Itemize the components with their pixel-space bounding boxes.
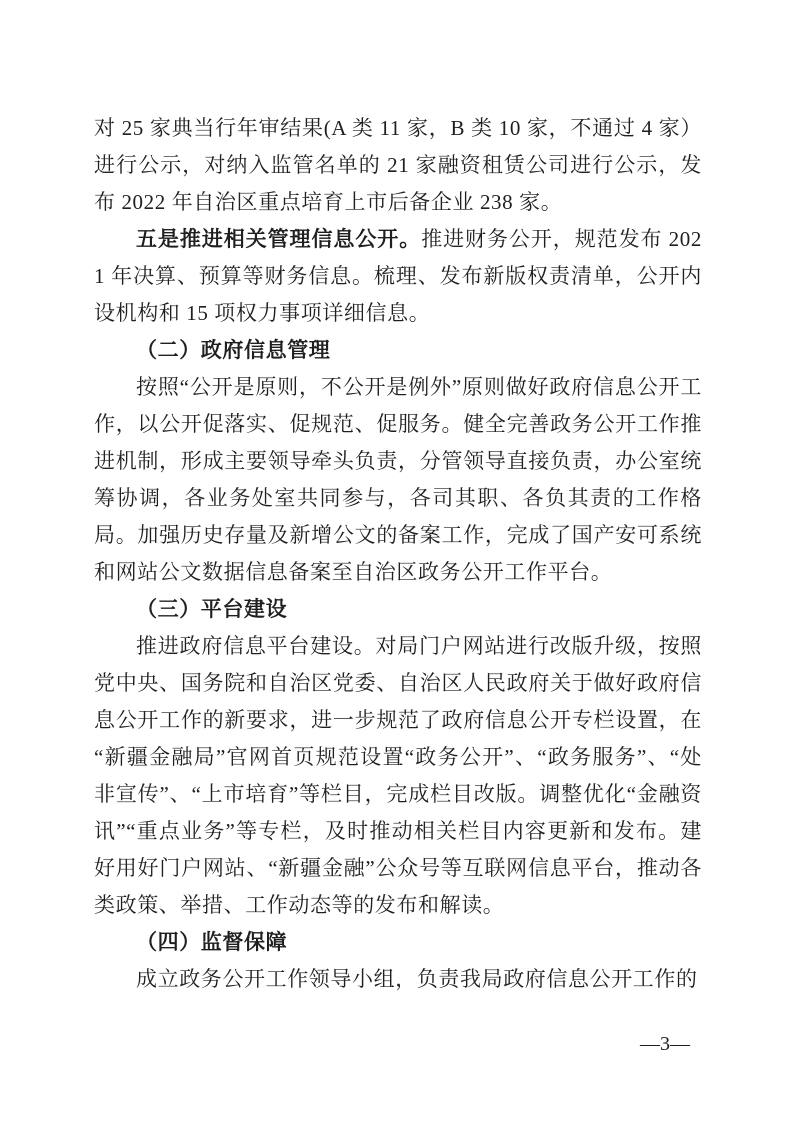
paragraph-continuation: 对 25 家典当行年审结果(A 类 11 家，B 类 10 家，不通过 4 家）… bbox=[94, 110, 702, 221]
section2-paragraph: 按照“公开是原则，不公开是例外”原则做好政府信息公开工作，以公开促落实、促规范、… bbox=[94, 369, 702, 591]
section3-paragraph: 推进政府信息平台建设。对局门户网站进行改版升级，按照党中央、国务院和自治区党委、… bbox=[94, 628, 702, 924]
document-page: 对 25 家典当行年审结果(A 类 11 家，B 类 10 家，不通过 4 家）… bbox=[0, 0, 793, 1122]
item5-bold-lead: 五是推进相关管理信息公开。 bbox=[136, 228, 421, 251]
section4-heading: （四）监督保障 bbox=[94, 924, 702, 961]
page-number: —3— bbox=[640, 1033, 690, 1056]
paragraph-item5: 五是推进相关管理信息公开。推进财务公开，规范发布 2021 年决算、预算等财务信… bbox=[94, 221, 702, 332]
section3-heading: （三）平台建设 bbox=[94, 591, 702, 628]
section2-heading: （二）政府信息管理 bbox=[94, 332, 702, 369]
section4-paragraph: 成立政务公开工作领导小组，负责我局政府信息公开工作的 bbox=[94, 961, 702, 998]
document-text-block: 对 25 家典当行年审结果(A 类 11 家，B 类 10 家，不通过 4 家）… bbox=[94, 110, 702, 998]
